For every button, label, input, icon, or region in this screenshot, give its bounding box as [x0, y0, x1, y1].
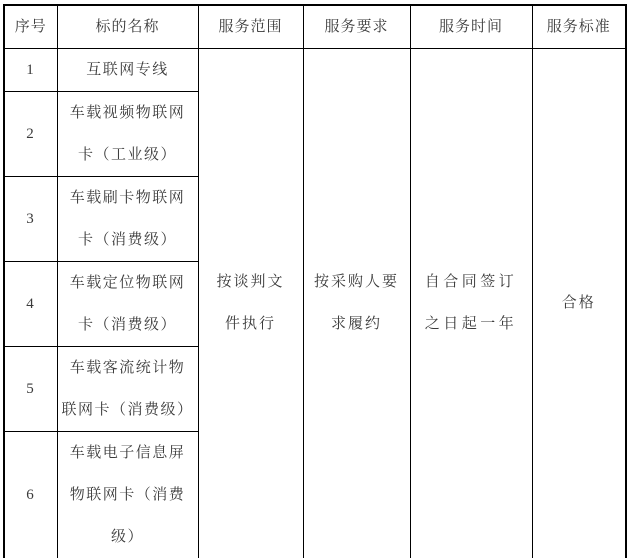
cell-item-name: 车载客流统计物 联网卡（消费级）	[57, 346, 198, 431]
column-header-service-time: 服务时间	[410, 5, 532, 48]
cell-index: 6	[4, 431, 57, 558]
cell-item-name: 车载刷卡物联网 卡（消费级）	[57, 176, 198, 261]
cell-index: 4	[4, 261, 57, 346]
table-header-row: 序号 标的名称 服务范围 服务要求 服务时间 服务标准	[4, 5, 626, 48]
column-header-service-scope: 服务范围	[198, 5, 303, 48]
cell-service-time: 自合同签订 之日起一年	[410, 48, 532, 558]
column-header-service-requirement: 服务要求	[303, 5, 410, 48]
cell-index: 1	[4, 48, 57, 91]
column-header-item-name: 标的名称	[57, 5, 198, 48]
service-items-table: 序号 标的名称 服务范围 服务要求 服务时间 服务标准 1 互联网专线 按谈判文…	[3, 4, 627, 558]
table-row: 1 互联网专线 按谈判文 件执行 按采购人要 求履约 自合同签订 之日起一年 合…	[4, 48, 626, 91]
cell-index: 3	[4, 176, 57, 261]
cell-item-name: 车载电子信息屏 物联网卡（消费 级）	[57, 431, 198, 558]
cell-item-name: 车载视频物联网 卡（工业级）	[57, 91, 198, 176]
cell-item-name: 车载定位物联网 卡（消费级）	[57, 261, 198, 346]
cell-index: 5	[4, 346, 57, 431]
cell-index: 2	[4, 91, 57, 176]
cell-item-name: 互联网专线	[57, 48, 198, 91]
cell-service-requirement: 按采购人要 求履约	[303, 48, 410, 558]
column-header-index: 序号	[4, 5, 57, 48]
cell-service-scope: 按谈判文 件执行	[198, 48, 303, 558]
column-header-service-standard: 服务标准	[532, 5, 626, 48]
cell-service-standard: 合格	[532, 48, 626, 558]
